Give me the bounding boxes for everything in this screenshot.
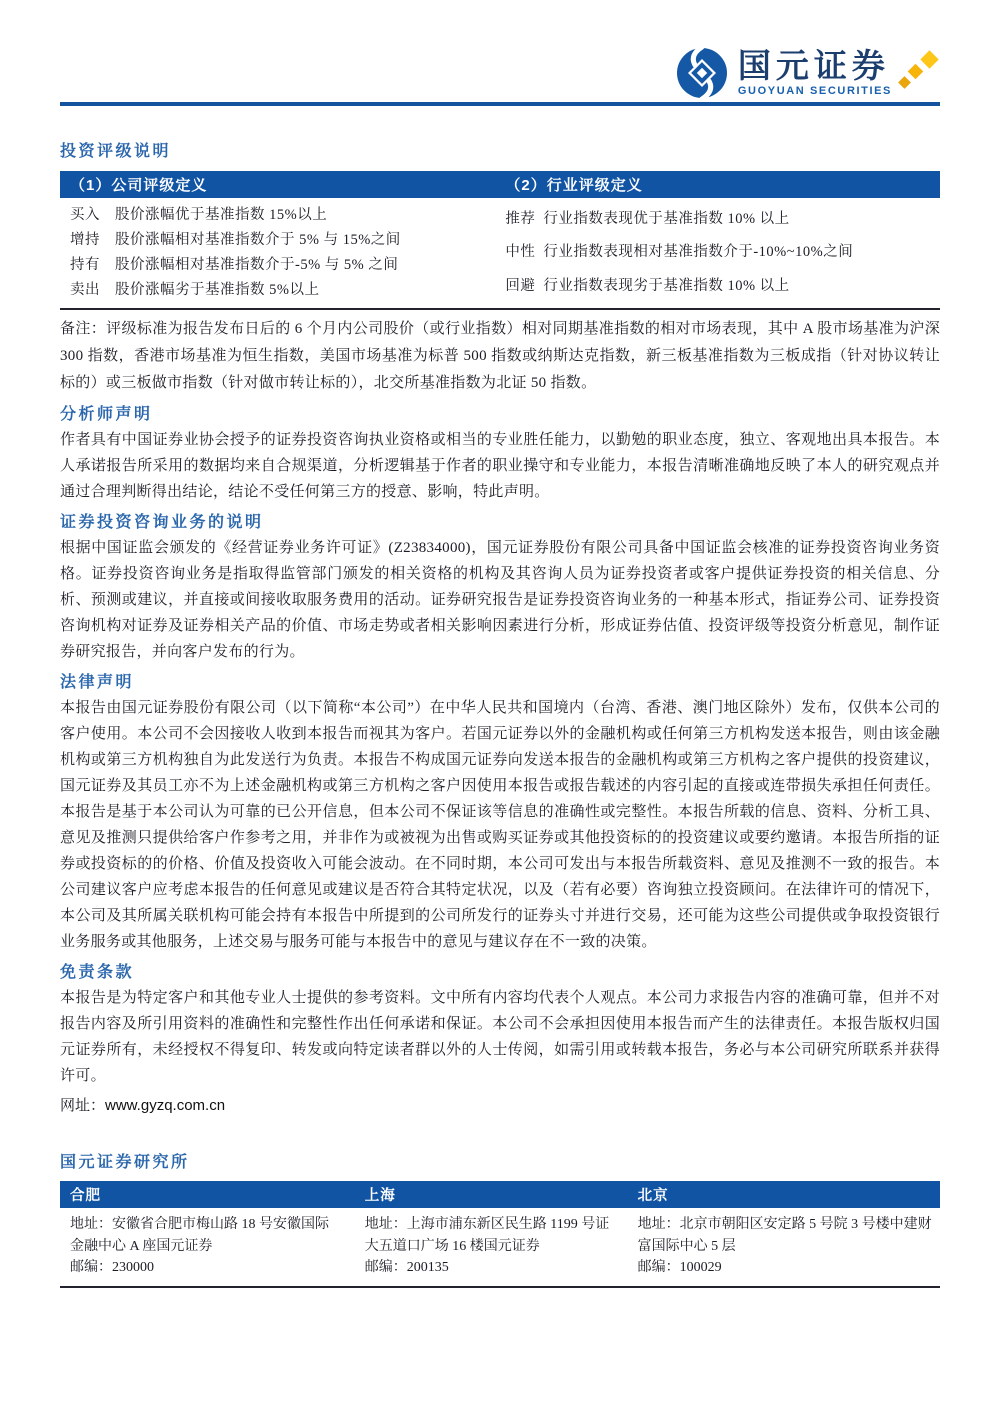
rating-table-header: （1）公司评级定义 （2）行业评级定义 — [60, 171, 940, 198]
office-city-hefei: 合肥 — [60, 1184, 355, 1205]
rating-desc: 行业指数表现优于基准指数 10% 以上 — [543, 207, 940, 232]
table-row: 中性 行业指数表现相对基准指数介于-10%~10%之间 — [497, 240, 940, 265]
office-postcode: 邮编：230000 — [70, 1257, 341, 1279]
analyst-statement-heading: 分析师声明 — [60, 404, 940, 426]
rating-desc: 股价涨幅相对基准指数介于 5% 与 15%之间 — [115, 228, 497, 253]
advisory-business-body: 根据中国证监会颁发的《经营证券业务许可证》(Z23834000)，国元证券股份有… — [60, 535, 940, 665]
disclaimer-body: 本报告是为特定客户和其他专业人士提供的参考资料。文中所有内容均代表个人观点。本公… — [60, 985, 940, 1089]
office-cell-hefei: 地址：安徽省合肥市梅山路 18 号安徽国际金融中心 A 座国元证券 邮编：230… — [60, 1214, 355, 1279]
rating-desc: 股价涨幅劣于基准指数 5%以上 — [115, 278, 497, 303]
rating-desc: 股价涨幅优于基准指数 15%以上 — [115, 203, 497, 228]
rating-benchmark-note: 备注：评级标准为报告发布日后的 6 个月内公司股价（或行业指数）相对同期基准指数… — [60, 316, 940, 397]
rating-label: 推荐 — [497, 207, 543, 232]
legal-statement-body: 本报告由国元证券股份有限公司（以下简称“本公司”）在中华人民共和国境内（台湾、香… — [60, 695, 940, 955]
office-address: 地址：上海市浦东新区民生路 1199 号证大五道口广场 16 楼国元证券 — [365, 1214, 614, 1257]
rating-table-body: 买入 股价涨幅优于基准指数 15%以上 增持 股价涨幅相对基准指数介于 5% 与… — [60, 198, 940, 308]
report-disclaimer-page: 国元证券 GUOYUAN SECURITIES 投资评级说明 （1）公司评级定义… — [0, 0, 1000, 1414]
research-institute-title: 国元证券研究所 — [60, 1152, 940, 1174]
rating-desc: 股价涨幅相对基准指数介于-5% 与 5% 之间 — [115, 253, 497, 278]
rating-definition-table: （1）公司评级定义 （2）行业评级定义 买入 股价涨幅优于基准指数 15%以上 … — [60, 171, 940, 310]
table-row: 增持 股价涨幅相对基准指数介于 5% 与 15%之间 — [60, 228, 497, 253]
rating-label: 持有 — [60, 253, 115, 278]
logo-wordmark: 国元证券 GUOYUAN SECURITIES — [738, 49, 892, 97]
office-postcode: 邮编：100029 — [638, 1257, 934, 1279]
office-cell-beijing: 地址：北京市朝阳区安定路 5 号院 3 号楼中建财富国际中心 5 层 邮编：10… — [628, 1214, 940, 1279]
table-row: 回避 行业指数表现劣于基准指数 10% 以上 — [497, 274, 940, 299]
office-table-body: 地址：安徽省合肥市梅山路 18 号安徽国际金融中心 A 座国元证券 邮编：230… — [60, 1208, 940, 1286]
website-line: 网址：www.gyzq.com.cn — [60, 1093, 940, 1119]
logo-name-chinese: 国元证券 — [738, 49, 892, 83]
diamond-cluster-icon — [898, 50, 940, 96]
office-table: 合肥 上海 北京 地址：安徽省合肥市梅山路 18 号安徽国际金融中心 A 座国元… — [60, 1181, 940, 1288]
header: 国元证券 GUOYUAN SECURITIES — [60, 45, 940, 101]
disclaimer-heading: 免责条款 — [60, 962, 940, 984]
table-row: 持有 股价涨幅相对基准指数介于-5% 与 5% 之间 — [60, 253, 497, 278]
rating-label: 中性 — [497, 240, 543, 265]
rating-section-title: 投资评级说明 — [60, 141, 940, 163]
analyst-statement-body: 作者具有中国证券业协会授予的证券投资咨询执业资格或相当的专业胜任能力，以勤勉的职… — [60, 427, 940, 505]
company-rating-column: 买入 股价涨幅优于基准指数 15%以上 增持 股价涨幅相对基准指数介于 5% 与… — [60, 203, 497, 303]
rating-label: 增持 — [60, 228, 115, 253]
office-address: 地址：安徽省合肥市梅山路 18 号安徽国际金融中心 A 座国元证券 — [70, 1214, 341, 1257]
advisory-business-heading: 证券投资咨询业务的说明 — [60, 512, 940, 534]
website-url[interactable]: www.gyzq.com.cn — [105, 1097, 225, 1114]
header-divider — [60, 102, 940, 106]
rating-label: 回避 — [497, 274, 543, 299]
company-rating-header: （1）公司评级定义 — [60, 174, 497, 195]
rating-desc: 行业指数表现相对基准指数介于-10%~10%之间 — [543, 240, 940, 265]
office-address: 地址：北京市朝阳区安定路 5 号院 3 号楼中建财富国际中心 5 层 — [638, 1214, 934, 1257]
rating-desc: 行业指数表现劣于基准指数 10% 以上 — [543, 274, 940, 299]
guoyuan-logo-icon — [675, 46, 729, 100]
office-city-shanghai: 上海 — [355, 1184, 628, 1205]
office-cell-shanghai: 地址：上海市浦东新区民生路 1199 号证大五道口广场 16 楼国元证券 邮编：… — [355, 1214, 628, 1279]
table-row: 推荐 行业指数表现优于基准指数 10% 以上 — [497, 207, 940, 232]
logo-name-english: GUOYUAN SECURITIES — [738, 85, 892, 97]
legal-statement-heading: 法律声明 — [60, 672, 940, 694]
website-label: 网址： — [60, 1098, 105, 1114]
office-postcode: 邮编：200135 — [365, 1257, 614, 1279]
office-table-header: 合肥 上海 北京 — [60, 1181, 940, 1208]
table-row: 买入 股价涨幅优于基准指数 15%以上 — [60, 203, 497, 228]
table-row: 卖出 股价涨幅劣于基准指数 5%以上 — [60, 278, 497, 303]
office-city-beijing: 北京 — [628, 1184, 940, 1205]
rating-label: 卖出 — [60, 278, 115, 303]
industry-rating-header: （2）行业评级定义 — [497, 174, 940, 195]
rating-label: 买入 — [60, 203, 115, 228]
industry-rating-column: 推荐 行业指数表现优于基准指数 10% 以上 中性 行业指数表现相对基准指数介于… — [497, 203, 940, 303]
